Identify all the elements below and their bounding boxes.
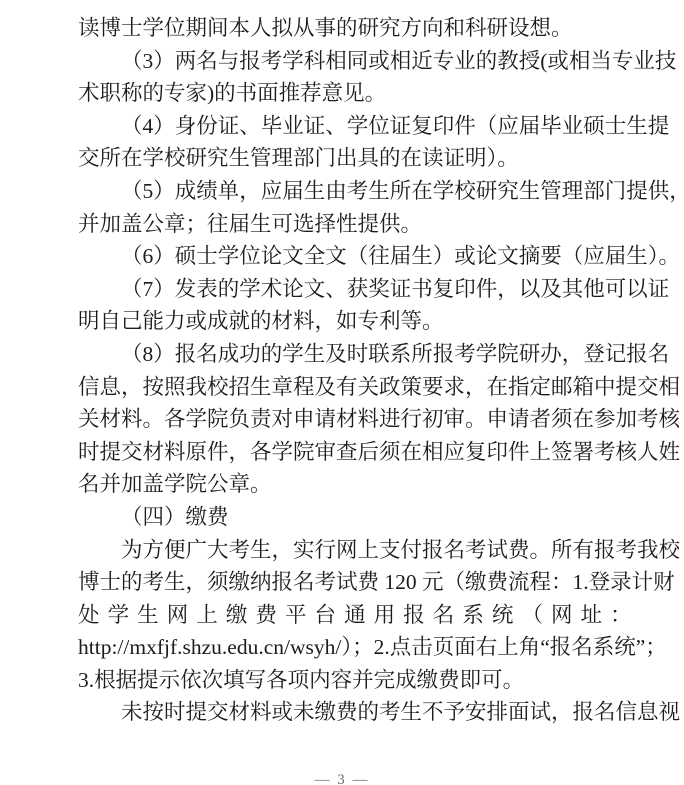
text-line-with-url: http://mxfjf.shzu.edu.cn/wsyh/）；2.点击页面右上… bbox=[78, 631, 640, 664]
text-line: 为方便广大考生，实行网上支付报名考试费。所有报考我校 bbox=[78, 534, 640, 567]
text-line: 信息，按照我校招生章程及有关政策要求，在指定邮箱中提交相 bbox=[78, 371, 640, 404]
text-line: （4）身份证、毕业证、学位证复印件（应届毕业硕士生提 bbox=[78, 110, 640, 143]
text-line: 博士的考生，须缴纳报名考试费 120 元（缴费流程：1.登录计财 bbox=[78, 566, 640, 599]
text-line: 交所在学校研究生管理部门出具的在读证明）。 bbox=[78, 142, 640, 175]
text-line: 读博士学位期间本人拟从事的研究方向和科研设想。 bbox=[78, 12, 640, 45]
text-line: （3）两名与报考学科相同或相近专业的教授(或相当专业技 bbox=[78, 45, 640, 78]
text-line: （8）报名成功的学生及时联系所报考学院研办，登记报名 bbox=[78, 338, 640, 371]
document-page: 读博士学位期间本人拟从事的研究方向和科研设想。 （3）两名与报考学科相同或相近专… bbox=[0, 0, 684, 785]
text-line: 关材料。各学院负责对申请材料进行初审。申请者须在参加考核 bbox=[78, 403, 640, 436]
text-line: 术职称的专家)的书面推荐意见。 bbox=[78, 77, 640, 110]
text-line: 3.根据提示依次填写各项内容并完成缴费即可。 bbox=[78, 664, 640, 697]
text-line: 并加盖公章；往届生可选择性提供。 bbox=[78, 208, 640, 241]
text-line: 时提交材料原件，各学院审查后须在相应复印件上签署考核人姓 bbox=[78, 436, 640, 469]
text-line: （7）发表的学术论文、获奖证书复印件，以及其他可以证 bbox=[78, 273, 640, 306]
text-line: 名并加盖学院公章。 bbox=[78, 468, 640, 501]
page-number: — 3 — bbox=[0, 771, 684, 785]
section-heading-payment: （四）缴费 bbox=[78, 501, 640, 534]
text-line: （6）硕士学位论文全文（往届生）或论文摘要（应届生）。 bbox=[78, 240, 640, 273]
text-line: 处学生网上缴费平台通用报名系统（网址： bbox=[78, 599, 640, 632]
text-line: 未按时提交材料或未缴费的考生不予安排面试，报名信息视 bbox=[78, 696, 640, 729]
document-body: 读博士学位期间本人拟从事的研究方向和科研设想。 （3）两名与报考学科相同或相近专… bbox=[78, 12, 640, 729]
text-line: （5）成绩单，应届生由考生所在学校研究生管理部门提供， bbox=[78, 175, 640, 208]
text-line: 明自己能力或成就的材料，如专利等。 bbox=[78, 305, 640, 338]
